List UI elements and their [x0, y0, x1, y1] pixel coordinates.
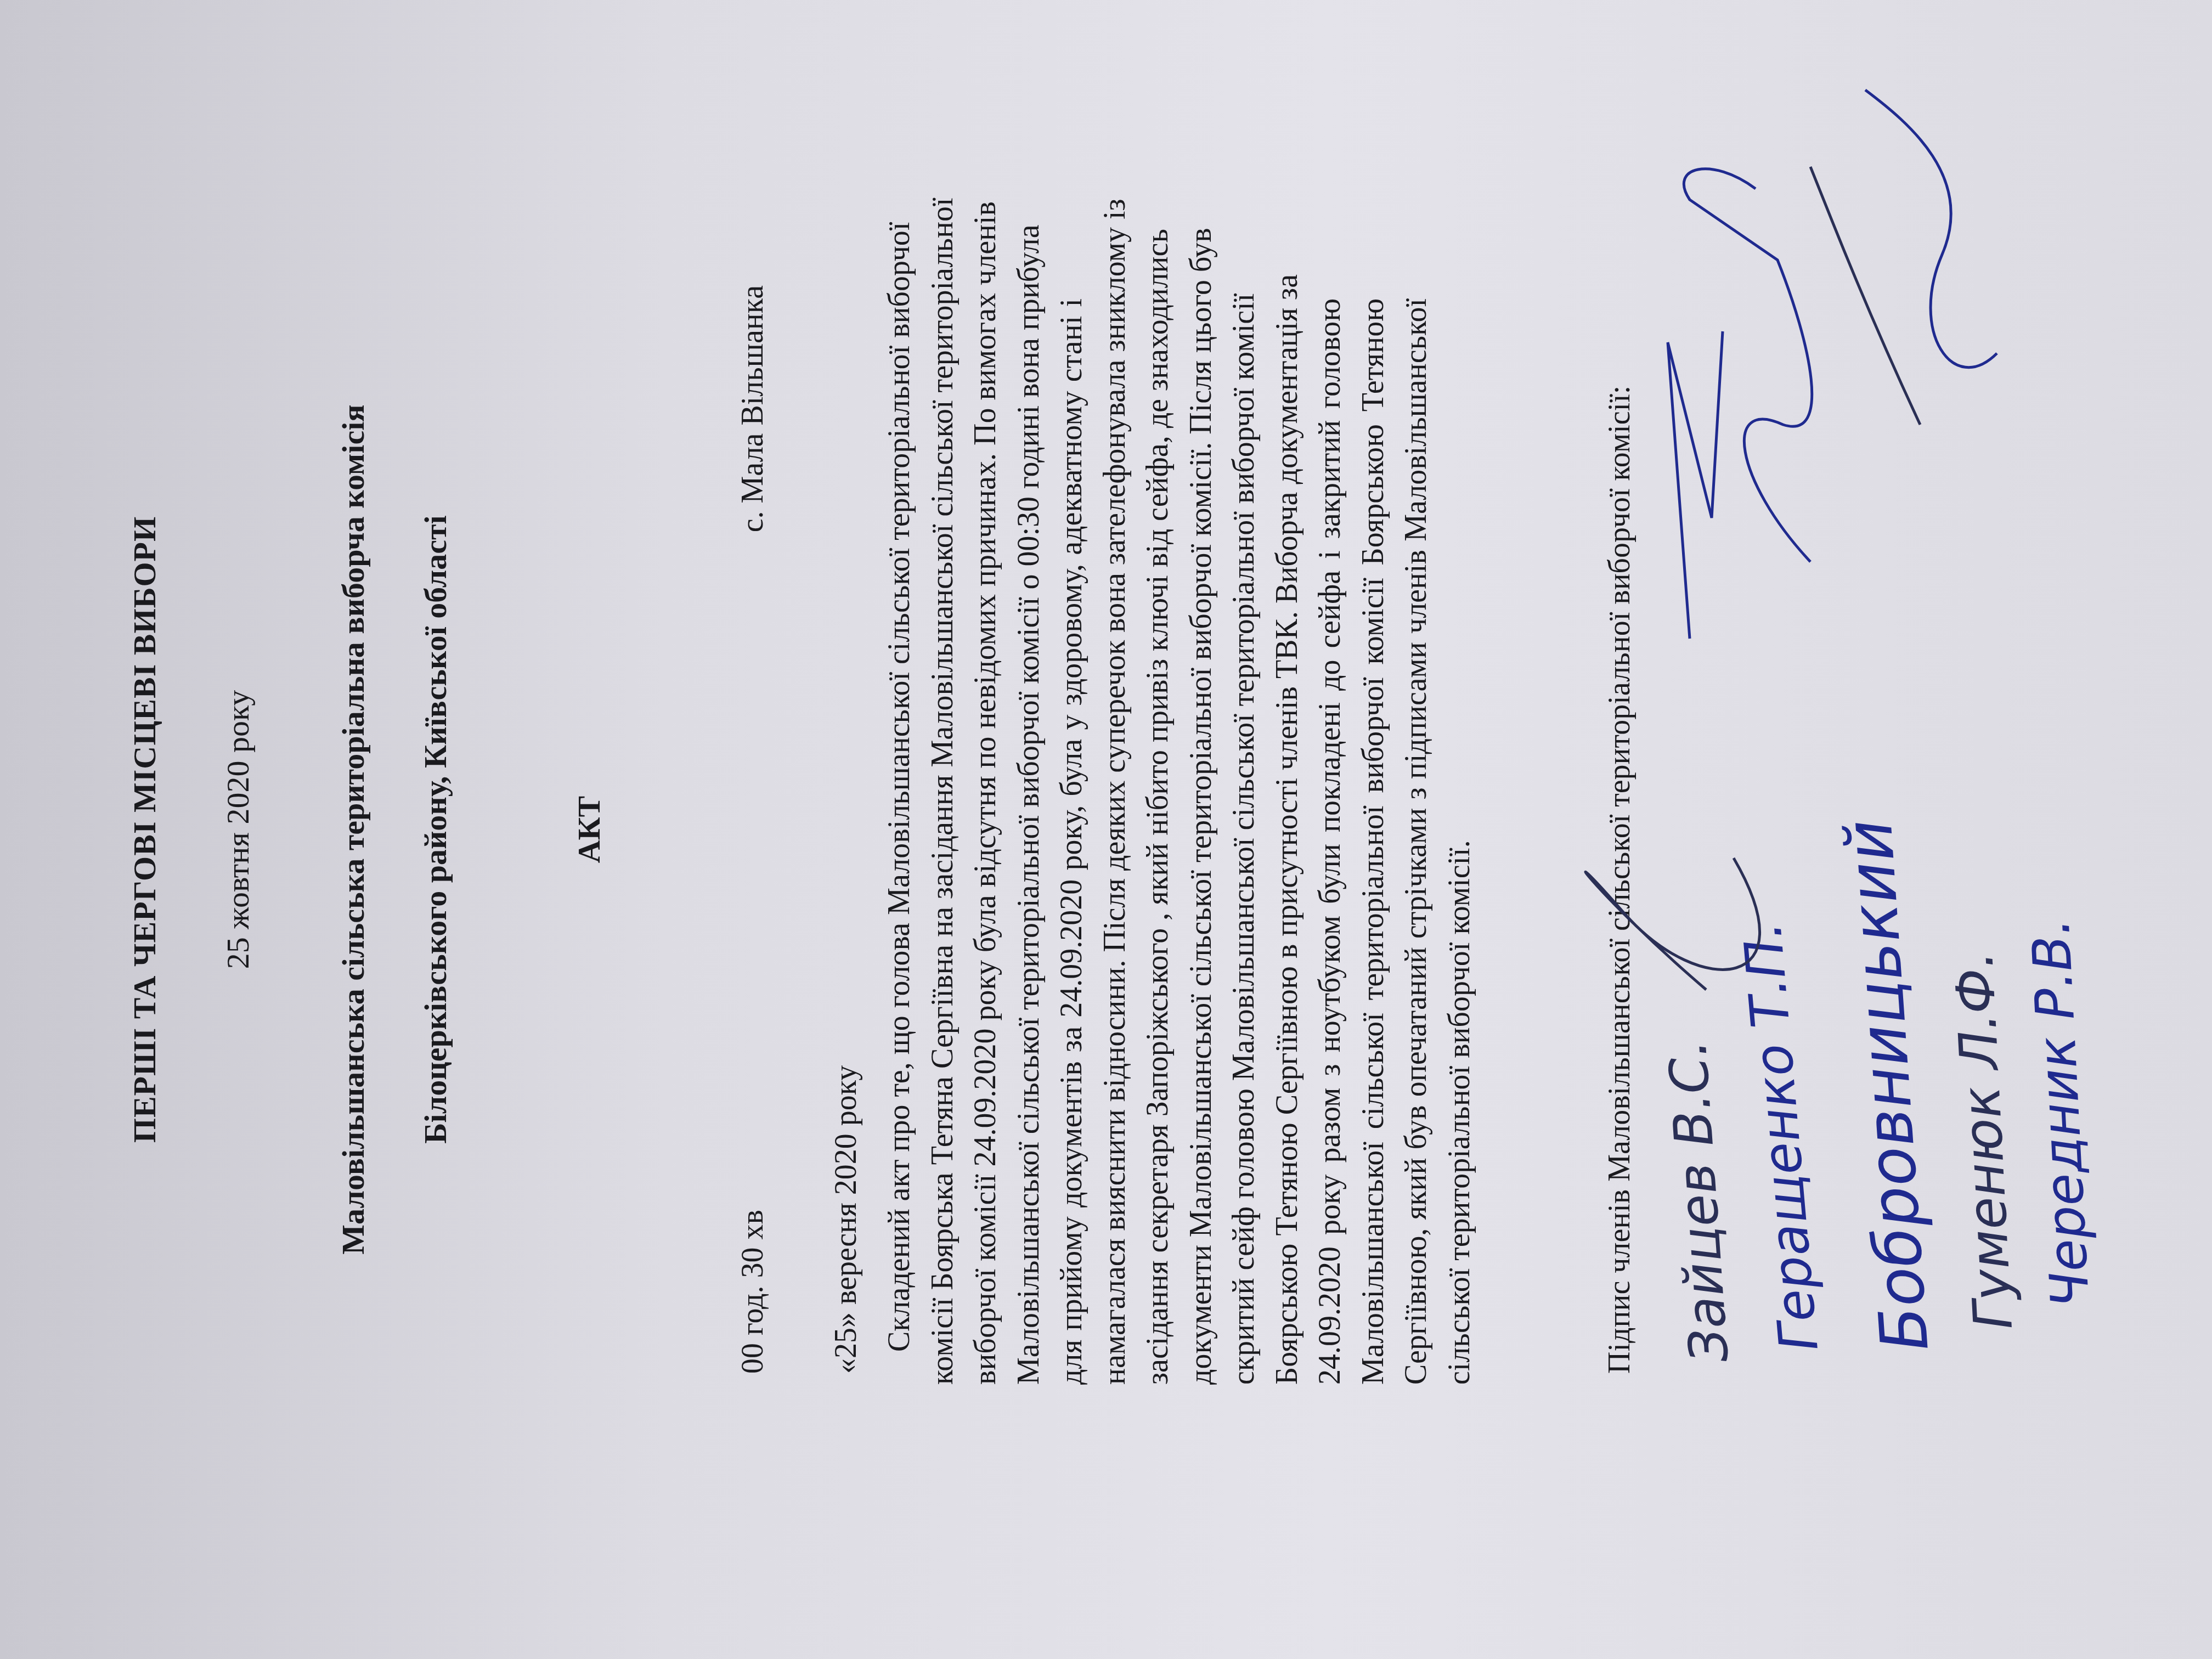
district-name: Білоцерківського району, Київської облас… [417, 0, 454, 1659]
body-line: 24.09.2020 року разом з ноутбуком були п… [1308, 298, 1352, 1385]
body-line: Боярською Тетяною Сергіївною в присутнос… [1266, 298, 1309, 1385]
body-line: засідання секретаря Запоріжського , який… [1136, 298, 1180, 1385]
signature-0: Зайцев В.С. [1657, 1039, 1741, 1365]
document-page: ПЕРШІ ТА ЧЕРГОВІ МІСЦЕВІ ВИБОРИ 25 жовтн… [0, 0, 2212, 1659]
act-body: Складений акт про те, що голова Маловіль… [878, 298, 1481, 1385]
body-line: Маловільшанської сільської територіально… [1352, 298, 1395, 1385]
signature-flourishes-icon [1525, 13, 2074, 1056]
body-line: Маловільшанської сільської територіально… [1007, 298, 1051, 1385]
act-place: с. Мала Вільшанка [735, 285, 770, 532]
body-line: сільської територіальної виборчої комісі… [1438, 298, 1481, 1385]
body-line: намагалася вияснити відносини. Після дея… [1093, 298, 1137, 1385]
act-time: 00 год. 30 хв [735, 1210, 770, 1374]
body-line: комісії Боярська Тетяна Сергіївна на зас… [921, 298, 964, 1385]
election-title: ПЕРШІ ТА ЧЕРГОВІ МІСЦЕВІ ВИБОРИ [126, 0, 163, 1659]
body-line: виборчої комісії 24.09.2020 року була ві… [964, 298, 1007, 1385]
document-type: АКТ [571, 0, 607, 1659]
body-line: скритий сейф головою Маловільшанської сі… [1222, 298, 1266, 1385]
time-place-row: 00 год. 30 хв с. Мала Вільшанка [735, 285, 770, 1374]
act-date: «25» вересня 2020 року [828, 1065, 864, 1374]
election-date: 25 жовтня 2020 року [219, 0, 256, 1659]
body-line: документи Маловільшанської сільської тер… [1180, 298, 1223, 1385]
body-line: Сергіївною, який був опечатаний стрічкам… [1395, 298, 1438, 1385]
commission-name: Маловільшанська сільська територіальна в… [335, 0, 371, 1659]
body-line: Складений акт про те, що голова Маловіль… [878, 298, 921, 1385]
body-line: для прийому документів за 24.09.2020 рок… [1050, 298, 1093, 1385]
signatures-block: Зайцев В.С. Геращенко Т.П. Бобровницький… [1646, 0, 2194, 1659]
